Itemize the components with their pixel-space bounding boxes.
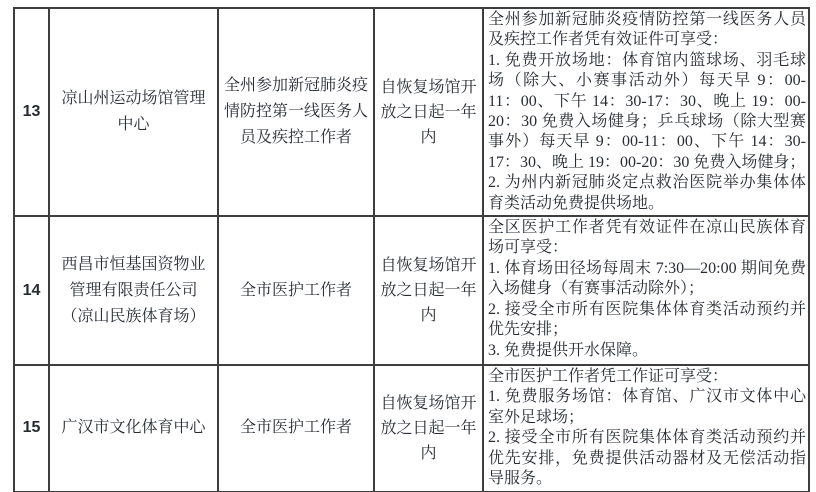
cell-row-number: 13 bbox=[14, 8, 49, 216]
table-row-13: 13 凉山州运动场馆管理中心 全州参加新冠肺炎疫情防控第一线医务人员及疾控工作者… bbox=[14, 8, 809, 216]
cell-venue-name: 广汉市文化体育中心 bbox=[49, 365, 218, 491]
cell-eligible-group: 全市医护工作者 bbox=[218, 365, 374, 491]
cell-benefits: 全市医护工作者凭工作证可享受： 1. 免费服务场馆：体育馆、广汉市文体中心室外足… bbox=[483, 365, 809, 491]
cell-benefits: 全区医护工作者凭有效证件在凉山民族体育场可享受： 1. 体育场田径场每周末 7:… bbox=[483, 216, 809, 365]
cell-validity-period: 自恢复场馆开放之日起一年内 bbox=[374, 8, 483, 216]
cell-venue-name: 西昌市恒基国资物业管理有限责任公司（凉山民族体育场） bbox=[49, 216, 218, 365]
cell-benefits: 全州参加新冠肺炎疫情防控第一线医务人员及疾控工作者凭有效证件可享受： 1. 免费… bbox=[483, 8, 809, 216]
cell-venue-name: 凉山州运动场馆管理中心 bbox=[49, 8, 218, 216]
benefits-item-3: 3. 免费提供开水保障。 bbox=[488, 341, 806, 361]
benefits-intro: 全州参加新冠肺炎疫情防控第一线医务人员及疾控工作者凭有效证件可享受： bbox=[488, 10, 806, 51]
benefits-item-2: 2. 接受全市所有医院集体体育类活动预约并优先安排； bbox=[488, 300, 806, 341]
table-row-15: 15 广汉市文化体育中心 全市医护工作者 自恢复场馆开放之日起一年内 全市医护工… bbox=[14, 365, 809, 491]
cell-row-number: 14 bbox=[14, 216, 49, 365]
venues-benefits-table: 13 凉山州运动场馆管理中心 全州参加新冠肺炎疫情防控第一线医务人员及疾控工作者… bbox=[13, 7, 810, 492]
benefits-item-2: 2. 接受全市所有医院集体体育类活动预约并优先安排，免费提供活动器材及无偿活动指… bbox=[488, 428, 806, 489]
benefits-intro: 全区医护工作者凭有效证件在凉山民族体育场可享受： bbox=[488, 218, 806, 259]
benefits-item-1: 1. 免费开放场地：体育馆内篮球场、羽毛球场（除大、小赛事活动外）每天早 9：0… bbox=[488, 51, 806, 173]
benefits-item-2: 2. 为州内新冠肺炎定点救治医院举办集体体育类活动免费提供场地。 bbox=[488, 173, 806, 214]
benefits-item-1: 1. 免费服务场馆：体育馆、广汉市文体中心室外足球场； bbox=[488, 387, 806, 428]
cell-eligible-group: 全市医护工作者 bbox=[218, 216, 374, 365]
cell-eligible-group: 全州参加新冠肺炎疫情防控第一线医务人员及疾控工作者 bbox=[218, 8, 374, 216]
cell-validity-period: 自恢复场馆开放之日起一年内 bbox=[374, 216, 483, 365]
cell-row-number: 15 bbox=[14, 365, 49, 491]
table-row-14: 14 西昌市恒基国资物业管理有限责任公司（凉山民族体育场） 全市医护工作者 自恢… bbox=[14, 216, 809, 365]
cell-validity-period: 自恢复场馆开放之日起一年内 bbox=[374, 365, 483, 491]
benefits-intro: 全市医护工作者凭工作证可享受： bbox=[488, 367, 806, 387]
benefits-item-1: 1. 体育场田径场每周末 7:30—20:00 期间免费入场健身（有赛事活动除外… bbox=[488, 259, 806, 300]
